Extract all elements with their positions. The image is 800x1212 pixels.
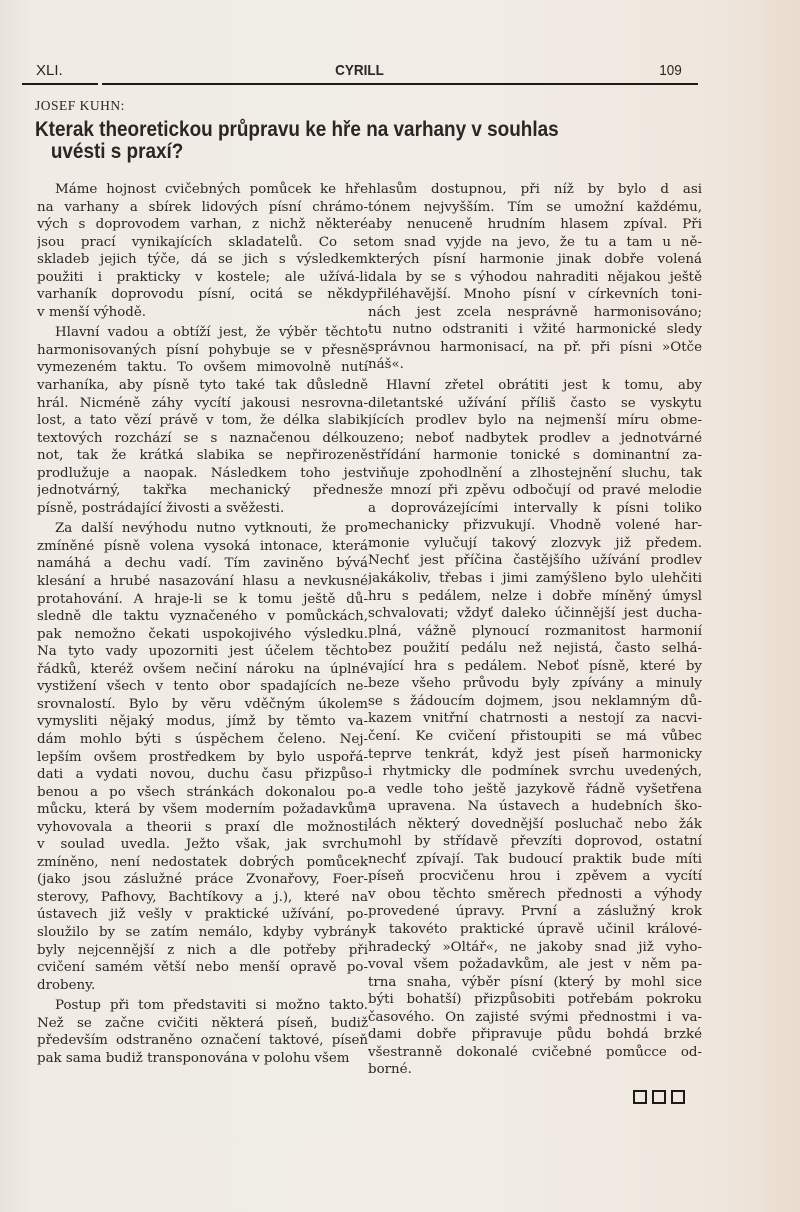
text-line: voval všem požadavkům, ale jest v něm pa…: [368, 956, 702, 974]
text-line: vající hra s pedálem. Neboť písně, které…: [368, 658, 702, 676]
text-line: správnou harmonisací, na př. při písni »…: [368, 339, 702, 357]
text-line: že mnozí při zpěvu odbočují od pravé mel…: [368, 482, 702, 500]
text-line: teprve tenkrát, když jest píseň harmonic…: [368, 746, 702, 764]
text-line: benou a po všech stránkách dokonalou po-: [37, 784, 368, 802]
text-line: dala by se s výhodou nahraditi nějakou j…: [368, 269, 702, 287]
paragraph: Máme hojnost cvičebných pomůcek ke hřena…: [37, 181, 368, 321]
text-line: harmonisovaných písní pohybuje se v přes…: [37, 342, 368, 360]
end-square-icon: [633, 1090, 647, 1104]
article-title: Kterak theoretickou průpravu ke hře na v…: [35, 118, 713, 162]
paragraph: hlasům dostupnou, při níž by bylo d asit…: [368, 181, 702, 374]
text-line: hradecký »Oltář«, ne jakoby snad již vyh…: [368, 939, 702, 957]
paragraph: Za další nevýhodu nutno vytknouti, že pr…: [37, 520, 368, 994]
text-line: především odstraněno označení taktové, p…: [37, 1032, 368, 1050]
text-line: namáhá a dechu vadí. Tím zaviněno bývá: [37, 555, 368, 573]
text-line: zmíněno, není nedostatek dobrých pomůcek: [37, 854, 368, 872]
text-line: monie vylučují takový zlozvyk již předem…: [368, 535, 702, 553]
text-line: vymysliti nějaký modus, jímž by těmto va…: [37, 713, 368, 731]
text-line: zeno; neboť nadbytek prodlev a jednotvár…: [368, 430, 702, 448]
text-line: pak nemožno čekati uspokojivého výsledku…: [37, 626, 368, 644]
text-line: nách jest zcela nesprávně harmonisováno;: [368, 304, 702, 322]
text-line: not, tak že krátká slabika se nepřirozen…: [37, 447, 368, 465]
text-line: a upravena. Na ústavech a hudebních ško-: [368, 798, 702, 816]
text-line: Za další nevýhodu nutno vytknouti, že pr…: [37, 520, 368, 538]
text-line: i rhytmicky dle podmínek svrchu uvedenýc…: [368, 763, 702, 781]
text-line: trna snaha, výběr písní (který by mohl s…: [368, 974, 702, 992]
text-line: zmíněné písně volena vysoká intonace, kt…: [37, 538, 368, 556]
text-line: schvalovati; vždyť daleko účinnější jest…: [368, 605, 702, 623]
text-line: býti bohatší) přizpůsobiti potřebám pokr…: [368, 991, 702, 1009]
text-line: jících prodlev bylo na nejmenší míru obm…: [368, 412, 702, 430]
text-line: přiléhavější. Mnoho písní v církevních t…: [368, 286, 702, 304]
left-column: Máme hojnost cvičebných pomůcek ke hřena…: [37, 181, 368, 1067]
text-line: kazem vnitřní chatrnosti a nestojí za na…: [368, 710, 702, 728]
text-line: náš«.: [368, 356, 702, 374]
text-line: prodlužuje a naopak. Následkem toho jest: [37, 465, 368, 483]
text-line: použiti i prakticky v kostele; ale užívá…: [37, 269, 368, 287]
text-line: beze všeho průvodu byly zpívány a minuly: [368, 675, 702, 693]
text-line: diletantské užívání příliš často se vysk…: [368, 395, 702, 413]
text-line: varhaníka, aby písně tyto také tak důsle…: [37, 377, 368, 395]
text-line: hru s pedálem, nelze i dobře míněný úmys…: [368, 588, 702, 606]
text-line: a doprovázejícími intervally k písni tol…: [368, 500, 702, 518]
text-line: textových rozchází se s naznačenou délko…: [37, 430, 368, 448]
text-line: Hlavní zřetel obrátiti jest k tomu, aby: [368, 377, 702, 395]
paragraph: Hlavní zřetel obrátiti jest k tomu, abyd…: [368, 377, 702, 1079]
text-line: píseň procvičenu hrou i zpěvem a vycítí: [368, 868, 702, 886]
text-line: v menší výhodě.: [37, 304, 368, 322]
text-line: bez použití pedálu než nejistá, často se…: [368, 640, 702, 658]
text-line: k takovéto praktické úpravě učinil králo…: [368, 921, 702, 939]
text-line: lách některý dovednější posluchač nebo ž…: [368, 816, 702, 834]
journal-name: CYRILL: [56, 62, 664, 79]
text-line: dami dobře připravuje půdu bohdá brzké: [368, 1026, 702, 1044]
right-column: hlasům dostupnou, při níž by bylo d asit…: [368, 181, 702, 1079]
text-line: písně, postrádající živosti a svěžesti.: [37, 500, 368, 518]
end-square-icon: [652, 1090, 666, 1104]
header-rule-right: [102, 83, 698, 85]
text-line: skladeb jejich týče, dá se jich s výsled…: [37, 251, 368, 269]
text-line: viňuje zpohodlnění a zlhostejnění sluchu…: [368, 465, 702, 483]
text-line: vyhovovala a theorii s praxí dle možnost…: [37, 819, 368, 837]
text-line: vymezeném taktu. To ovšem mimovolně nutí: [37, 359, 368, 377]
text-line: byly nejcennější z nich a dle potřeby př…: [37, 942, 368, 960]
text-line: Máme hojnost cvičebných pomůcek ke hře: [37, 181, 368, 199]
text-line: jednotvárný, takřka mechanický přednes: [37, 482, 368, 500]
text-line: sterovy, Pafhovy, Bachtíkovy a j.), kter…: [37, 889, 368, 907]
text-line: Hlavní vadou a obtíží jest, že výběr těc…: [37, 324, 368, 342]
text-line: cvičení samém větší nebo menší opravě po…: [37, 959, 368, 977]
article-title-line-2: uvésti s praxí?: [35, 140, 713, 162]
text-line: mohl by střídavě převzíti doprovod, osta…: [368, 833, 702, 851]
text-line: pak sama budiž transponována v polohu vš…: [37, 1050, 368, 1068]
text-line: a vedle toho ještě jazykově řádně vyšetř…: [368, 781, 702, 799]
text-line: kterých písní harmonie jinak dobře volen…: [368, 251, 702, 269]
text-line: mechanicky přizvukují. Vhodně volené har…: [368, 517, 702, 535]
text-line: protahování. A hraje-li se k tomu ještě …: [37, 591, 368, 609]
text-line: nechť zpívají. Tak budoucí praktik bude …: [368, 851, 702, 869]
text-line: sledně dle taktu vyznačeného v pomůckách…: [37, 608, 368, 626]
text-line: Nechť jest příčina častějšího užívání pr…: [368, 552, 702, 570]
text-line: sloužilo by se zatím nemálo, kdyby vybrá…: [37, 924, 368, 942]
text-line: borné.: [368, 1061, 702, 1079]
text-line: řádků, kteréž ovšem nečiní nároku na úpl…: [37, 661, 368, 679]
text-line: provedené úpravy. První a záslužný krok: [368, 903, 702, 921]
running-head: XLI. CYRILL 109: [22, 62, 697, 84]
text-line: vystižení všech v tento obor spadajících…: [37, 678, 368, 696]
text-line: lost, a tato vězí právě v tom, že délka …: [37, 412, 368, 430]
article-author: JOSEF KUHN:: [35, 98, 125, 114]
text-line: aby nenuceně hrudním hlasem zpíval. Při: [368, 216, 702, 234]
text-line: (jako jsou záslužné práce Zvonařovy, Foe…: [37, 871, 368, 889]
text-line: jakákoliv, třebas i jimi zamýšleno bylo …: [368, 570, 702, 588]
text-line: se s žádoucím dojmem, jsou neklamným dů-: [368, 693, 702, 711]
end-of-article-mark: [633, 1090, 685, 1104]
paragraph: Hlavní vadou a obtíží jest, že výběr těc…: [37, 324, 368, 517]
text-line: můcku, která by všem moderním požadavkům: [37, 801, 368, 819]
text-line: plná, vážně plynoucí rozmanitost harmoni…: [368, 623, 702, 641]
article-title-line-1: Kterak theoretickou průpravu ke hře na v…: [35, 117, 559, 141]
text-line: hlasům dostupnou, při níž by bylo d asi: [368, 181, 702, 199]
text-line: čení. Ke cvičení přistoupiti se má vůbec: [368, 728, 702, 746]
text-line: Než se začne cvičiti některá píseň, budi…: [37, 1015, 368, 1033]
text-line: srovnalostí. Bylo by věru vděčným úkolem: [37, 696, 368, 714]
text-line: vých s doprovodem varhan, z nichž někter…: [37, 216, 368, 234]
text-line: všestranně dokonalé cvičebné pomůcce od-: [368, 1044, 702, 1062]
text-line: tónem nejvyšším. Tím se umožní každému,: [368, 199, 702, 217]
text-line: hrál. Nicméně záhy vycítí jakousi nesrov…: [37, 395, 368, 413]
text-line: jsou prací vynikajících skladatelů. Co s…: [37, 234, 368, 252]
text-line: tu nutno odstraniti i vžité harmonické s…: [368, 321, 702, 339]
text-line: drobeny.: [37, 977, 368, 995]
text-line: Postup při tom představiti si možno takt…: [37, 997, 368, 1015]
text-line: varhaník doprovodu písní, ocitá se někdy: [37, 286, 368, 304]
text-line: časového. On zajisté svými přednostmi i …: [368, 1009, 702, 1027]
text-line: dám mohlo býti s úspěchem čeleno. Nej-: [37, 731, 368, 749]
text-line: klesání a hrubé nasazování hlasu a nevku…: [37, 573, 368, 591]
end-square-icon: [671, 1090, 685, 1104]
text-line: lepším ovšem prostředkem by bylo uspořá-: [37, 749, 368, 767]
paragraph: Postup při tom představiti si možno takt…: [37, 997, 368, 1067]
text-line: v obou těchto směrech přednosti a výhody: [368, 886, 702, 904]
text-line: Na tyto vady upozorniti jest účelem těch…: [37, 643, 368, 661]
journal-page: XLI. CYRILL 109 JOSEF KUHN: Kterak theor…: [0, 0, 800, 1212]
text-line: na varhany a sbírek lidových písní chrám…: [37, 199, 368, 217]
text-line: dati a vydati novou, duchu času přizpůso…: [37, 766, 368, 784]
text-line: střídání harmonie tonické s dominantní z…: [368, 447, 702, 465]
text-line: ústavech již vešly v praktické užívání, …: [37, 906, 368, 924]
text-line: tom snad vyjde na jevo, že tu a tam u ně…: [368, 234, 702, 252]
page-number: 109: [659, 62, 682, 79]
header-rule-left: [22, 83, 98, 85]
text-line: v soulad uvedla. Ježto však, jak svrchu: [37, 836, 368, 854]
